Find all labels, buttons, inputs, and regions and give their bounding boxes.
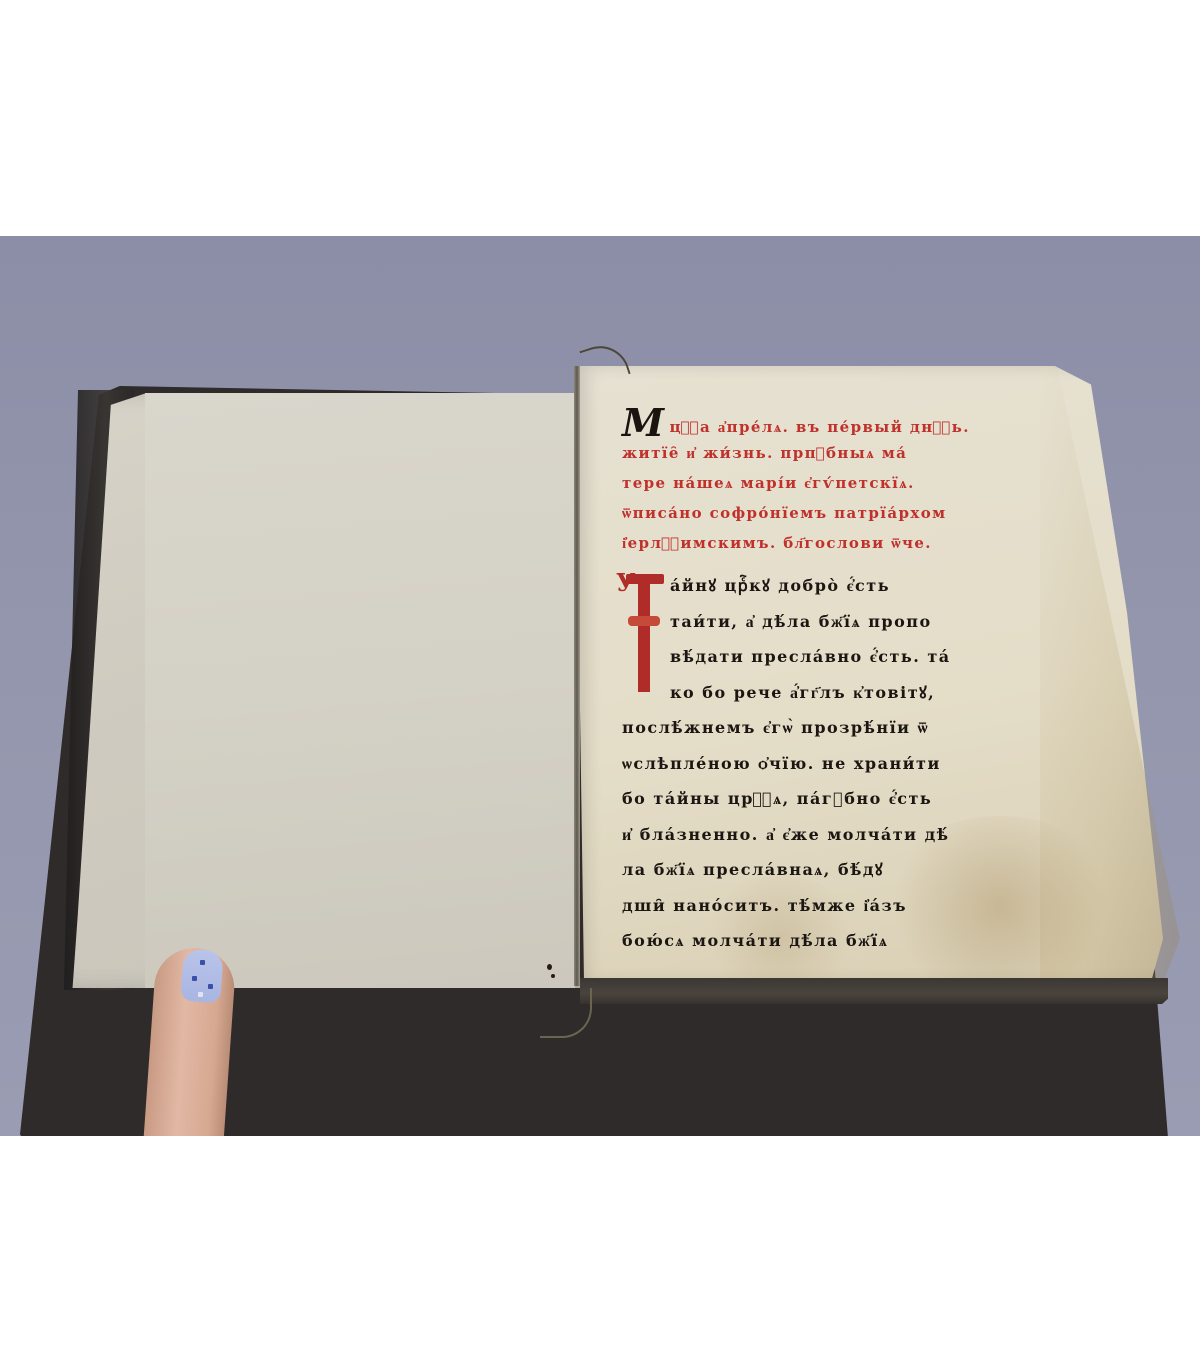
text-line: бою́сѧ молча́ти дѣ́ла бж҃їѧ — [622, 923, 951, 959]
rubric-line: тере на́шеѧ марі́и є҆гѵ́петскїѧ. — [622, 468, 982, 498]
text-line: дши̑ нано́ситъ. тѣ́мже і҆а́зъ — [622, 888, 951, 924]
ink-spot — [547, 964, 552, 970]
text-line: ѡслѣпле́ною ѻ҆чїю. не храни́ти — [622, 746, 951, 782]
rubric-line: Мцⷭ҇а а҆пре́лѧ. въ пе́рвый днⷭ҇ь. — [622, 408, 982, 438]
rubric-line: і҆ерлⷭ҇имскимъ. бл҃гослови ѿче. — [622, 528, 982, 558]
manuscript-text: Мцⷭ҇а а҆пре́лѧ. въ пе́рвый днⷭ҇ь. житїе̑… — [622, 408, 982, 558]
ink-spot — [551, 974, 555, 978]
text-line: послѣ́жнемъ є҆гѡ̀ прозрѣ́нїи ѿ — [622, 710, 951, 746]
text-line: ла бж҃їѧ пресла́внаѧ, бѣ́дꙋ — [622, 852, 951, 888]
manuscript-photo: Мцⷭ҇а а҆пре́лѧ. въ пе́рвый днⷭ҇ь. житїе̑… — [0, 236, 1200, 1136]
rubric-line: ѿписа́но софро́нїемъ патрїа́рхом — [622, 498, 982, 528]
text-line: а́йнꙋ црⷭ҇кꙋ добро̀ є҆́сть — [622, 568, 951, 604]
body-text: а́йнꙋ црⷭ҇кꙋ добро̀ є҆́сть таи́ти, а҆ дѣ… — [622, 568, 951, 959]
text-line: бо та́йны црⷭ҇ѧ, па́гꙋбно є҆́сть — [622, 781, 951, 817]
text-line: и҆ бла́зненно. а҆ є҆же молча́ти дѣ́ — [622, 817, 951, 853]
left-page-surface — [145, 393, 575, 988]
nail-speck — [192, 976, 197, 981]
nail-speck — [208, 984, 213, 989]
nail-speck — [200, 960, 205, 965]
text-line: вѣ́дати пресла́вно є҆́сть. та́ — [622, 639, 951, 675]
text-line: ко бо рече а҆́гг҃лъ к҆товітꙋ, — [622, 675, 951, 711]
book-bottom-edge — [580, 978, 1168, 1004]
text-line: таи́ти, а҆ дѣ́ла бж҃їѧ пропо — [622, 604, 951, 640]
rubric-line: житїе̑ и҆ жи́знь. прпⷣбныѧ ма́ — [622, 438, 982, 468]
nail-speck — [198, 992, 203, 997]
book-gutter — [574, 366, 580, 986]
